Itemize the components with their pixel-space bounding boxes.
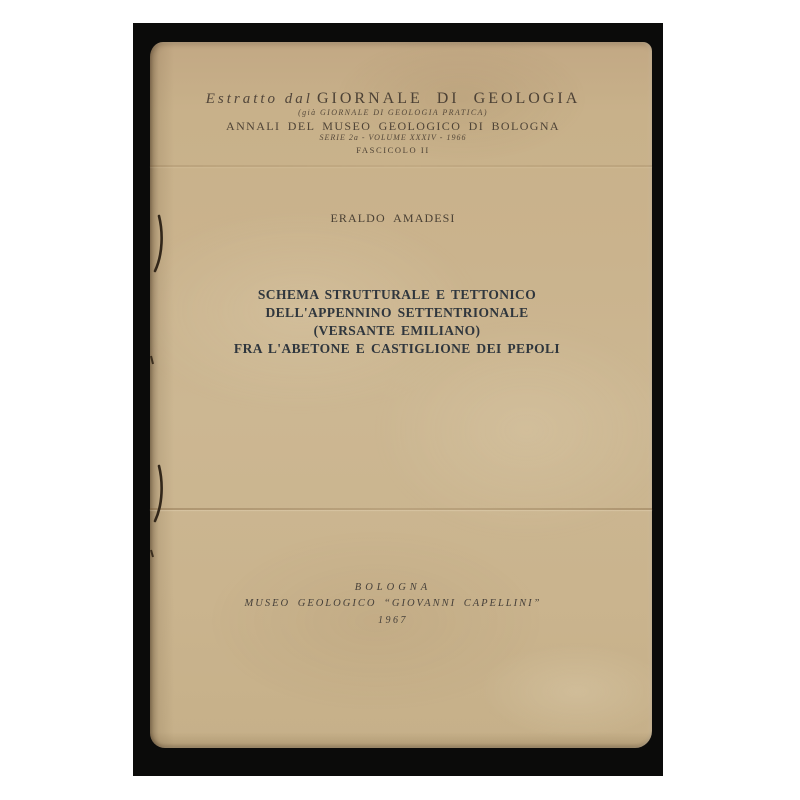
page-edge-mark-2 — [151, 550, 153, 557]
imprint-city: BOLOGNA — [150, 582, 636, 593]
title-block: SCHEMA STRUTTURALE E TETTONICO DELL'APPE… — [150, 286, 644, 358]
imprint-publisher: MUSEO GEOLOGICO “GIOVANNI CAPELLINI” — [150, 598, 636, 609]
journal-name: GIORNALE DI GEOLOGIA — [317, 90, 580, 107]
cover-crease-upper — [150, 165, 652, 167]
black-backdrop: Estratto dal GIORNALE DI GEOLOGIA (già G… — [133, 23, 663, 776]
title-line-2: DELL'APPENNINO SETTENTRIONALE — [150, 304, 644, 322]
title-line-3: (VERSANTE EMILIANO) — [150, 322, 644, 340]
annali-line: ANNALI DEL MUSEO GEOLOGICO DI BOLOGNA — [150, 120, 636, 132]
imprint-year: 1967 — [150, 616, 636, 626]
staple-bottom — [155, 466, 162, 521]
cover-crease-lower — [150, 508, 652, 510]
journal-former-name: (già GIORNALE DI GEOLOGIA PRATICA) — [150, 109, 636, 117]
journal-prefix: Estratto dal — [206, 91, 313, 107]
photo-canvas: Estratto dal GIORNALE DI GEOLOGIA (già G… — [0, 0, 800, 800]
fascicolo-line: FASCICOLO II — [150, 146, 636, 155]
author-name: ERALDO AMADESI — [150, 212, 636, 224]
title-line-4: FRA L'ABETONE E CASTIGLIONE DEI PEPOLI — [150, 340, 644, 358]
journal-header: Estratto dal GIORNALE DI GEOLOGIA — [150, 91, 636, 107]
title-line-1: SCHEMA STRUTTURALE E TETTONICO — [150, 286, 644, 304]
booklet-cover: Estratto dal GIORNALE DI GEOLOGIA (già G… — [150, 42, 652, 748]
series-volume-line: SERIE 2a - VOLUME XXXIV - 1966 — [150, 134, 636, 142]
staple-top — [155, 216, 162, 271]
